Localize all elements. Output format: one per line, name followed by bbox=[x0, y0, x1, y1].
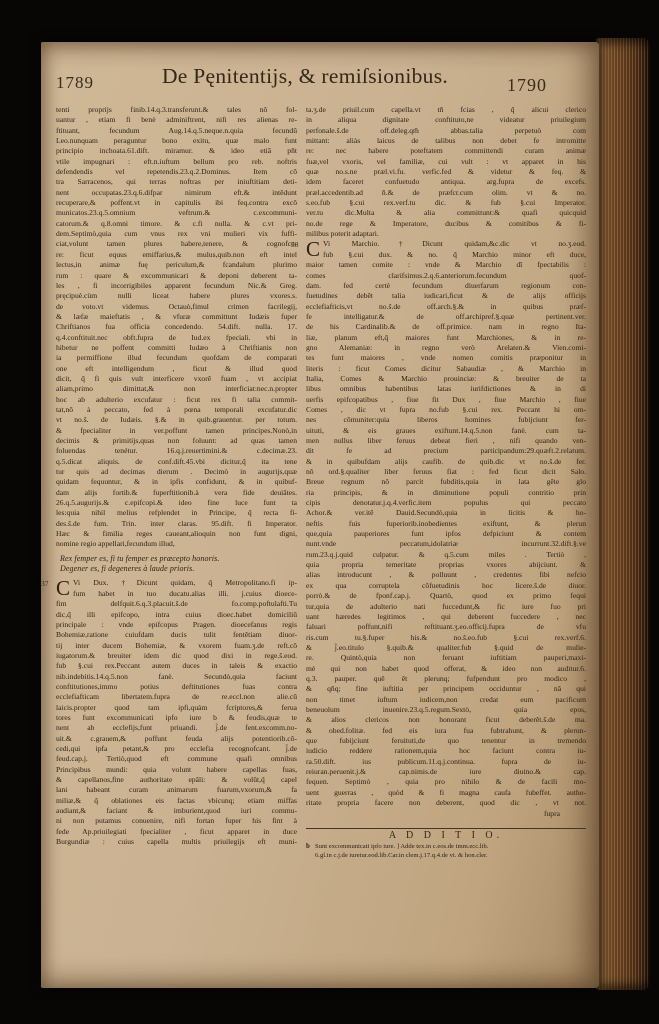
text-line: principale : vnde epifcopus Pragen. dioe… bbox=[56, 620, 297, 630]
text-line: & læfæ maieftatis , & vfuræ committunt I… bbox=[56, 312, 297, 322]
text-line: feud.cap.j. Tertiò,quod eft commune quaf… bbox=[56, 754, 297, 764]
text-line: cipis denotatur.j.q.4.verfic.item populu… bbox=[306, 498, 586, 508]
note-marker-b: b bbox=[306, 843, 310, 852]
text-line: des.s̃.de fum. Trin. inter claras. 95.di… bbox=[56, 519, 297, 529]
text-columns: tenti proprijs finib.14.q.3.transferunt.… bbox=[56, 105, 586, 860]
text-line: faluari poffunt,nifi reftituant.ʒ.eo.off… bbox=[306, 622, 586, 632]
text-line: & fpecialiter in ver.poffunt tamen princ… bbox=[56, 426, 297, 436]
additio-note: b Sunt excommunicati ipfo iure. ] Adde t… bbox=[306, 843, 586, 860]
text-line: ia permiffione illud fecundum quofdam de… bbox=[56, 353, 297, 363]
text-line: no.de rege & Imperatore, ducibus & comit… bbox=[306, 219, 586, 229]
text-line: tij inter ducem Bohemiæ, & vxorem fuam.ʒ… bbox=[56, 641, 297, 651]
text-line: re: ficut equus emiffarius,& mulus,quib.… bbox=[56, 250, 297, 260]
text-line: Hæc & fimilia reges caueant,alioquin non… bbox=[56, 529, 297, 539]
text-line: les:quia nihil melius refplendet in Prin… bbox=[56, 508, 297, 518]
text-line: ria principis, & in diminutione populi c… bbox=[306, 488, 586, 498]
text-line: & qñq; fine iuftitia per principem occid… bbox=[306, 684, 586, 694]
book-fore-edge bbox=[596, 38, 650, 990]
text-line: rum.23.q.j.quid culpatur. & q.5.cum mile… bbox=[306, 550, 586, 560]
text-line: dicit, q̃ fi quis vult interficere vxorẽ… bbox=[56, 374, 297, 384]
text-line: que fubijciunt feruituti,de quo tenentur… bbox=[306, 736, 586, 746]
text-line: mittant: aliàs laicus de talibus non deb… bbox=[306, 136, 586, 146]
text-line: Principibus mundi: quia volunt habere ca… bbox=[56, 765, 297, 775]
drop-cap-c: C bbox=[56, 578, 73, 598]
text-line: pręcipuè.cùm nulli liceat habere plures … bbox=[56, 291, 297, 301]
text-line: audiant,& faciant & imburient,quod iuri … bbox=[56, 806, 297, 816]
text-line: Comes , dic vt fupra no.fub §.cui rex. P… bbox=[306, 405, 586, 415]
margin-number-37: 37 bbox=[41, 579, 49, 589]
text-line: nomine regio appellari,fecundum illud, bbox=[56, 539, 297, 549]
folio-number-right: 1790 bbox=[507, 75, 547, 96]
text-line: Rex femper es, fi tu femper es præcepto … bbox=[60, 554, 297, 564]
text-line: de voto.vt videmus. Octauò,fimul crimen … bbox=[56, 302, 297, 312]
text-line: alias introducunt , & polluunt , credent… bbox=[306, 570, 586, 580]
text-line: tes funt maiores , vnde nomen comitis pr… bbox=[306, 353, 586, 363]
running-title: De Pęnitentijs, & remiſsionibus. bbox=[101, 64, 509, 89]
text-line: fum habet in tuo ducatu.alias illi. j.cu… bbox=[73, 589, 297, 599]
text-line: uant hæredes legitimos , qui deberent fu… bbox=[306, 612, 586, 622]
paragraph-left-2: 37 C Vi Dux. †Dicunt quidam, q̃ Metropol… bbox=[56, 578, 297, 847]
text-line: perfonale.s̃.de off.deleg.qm̃ abbas.tali… bbox=[306, 126, 586, 136]
text-line: rum : quare & excommunicari & deponi deb… bbox=[56, 271, 297, 281]
text-line: q.4.conftituit.nec obft.fupra de Iud.ex … bbox=[56, 333, 297, 343]
text-line: ni non putamus conuenire, nifi fortan fu… bbox=[56, 816, 297, 826]
text-line: lectus,in animæ fuę periculum,& fcandalu… bbox=[56, 260, 297, 270]
text-line: uent guerras , quòd & fi magna caufa fub… bbox=[306, 788, 586, 798]
text-line: fub §.cui rex.Peccant autem duces in tal… bbox=[56, 661, 297, 671]
text-line: hibetur ne poffent committi Iudæo à Chri… bbox=[56, 343, 297, 353]
text-line: les , fi incorrigibiles apparent fecundu… bbox=[56, 281, 297, 291]
paragraph-left-1: tenti proprijs finib.14.q.3.transferunt.… bbox=[56, 105, 297, 550]
text-line: tra Sarracenos, qui terras noftras per i… bbox=[56, 177, 297, 187]
text-line: tenti proprijs finib.14.q.3.transferunt.… bbox=[56, 105, 297, 115]
photo-background: 1789 De Pęnitentijs, & remiſsionibus. 17… bbox=[0, 0, 659, 1024]
note-body: Sunt excommunicati ipfo iure. ] Adde tex… bbox=[315, 843, 586, 860]
text-line: iudicio reddere rationem,quia hoc faciun… bbox=[306, 746, 586, 756]
text-line: dam alijs fortib.& fuperftitionib.à vera… bbox=[56, 488, 297, 498]
text-line: ftituant, fecundum Aug.14.q.5.neque.n.qu… bbox=[56, 126, 297, 136]
text-line: nõ ord.§.qualiter liber feruus fiat : fe… bbox=[306, 467, 586, 477]
text-line: conftitutiones,immo potius deftitutiones… bbox=[56, 682, 297, 692]
text-line: dic,q̃ illi epifcopo, intra cuius dioec.… bbox=[56, 610, 297, 620]
text-line: nent occupatas.23.q.6.difpar nimirum eft… bbox=[56, 188, 297, 198]
text-line: Chriftianos fua officia concedendo. 54.d… bbox=[56, 322, 297, 332]
text-line: ver.tu dic.Multa & alia committunt:& qua… bbox=[306, 208, 586, 218]
text-line: Burgundiæ : cuius capella multis priuile… bbox=[56, 837, 297, 847]
text-line: Bohemiæ,ratione cuiufdam ducis tulit fen… bbox=[56, 630, 297, 640]
margin-number-38: 38 bbox=[291, 240, 299, 250]
text-line: aliam,primo dimittat,& non interficiat:n… bbox=[56, 384, 297, 394]
text-line: fe intelligatur.& de off.archipref.§.quæ… bbox=[306, 312, 586, 322]
text-line: one eft intelligendum , ficut & illud qu… bbox=[56, 364, 297, 374]
text-line: vtile impugnari : eft.n.iuftum bellum pr… bbox=[56, 157, 297, 167]
text-line: fim delfquit.6.q.3.placuit.s̃.de fo.comp… bbox=[56, 599, 297, 609]
text-line: quidam fequuntur, & in ipfis confidunt, … bbox=[56, 477, 297, 487]
section-rule bbox=[306, 828, 586, 829]
text-line: & capellanos,fine authoritate epãli: & v… bbox=[56, 775, 297, 785]
text-line: idem faceret confuetudo antiqua. arg.fup… bbox=[306, 177, 586, 187]
text-line: & obed.folitæ. fed eis iura fua fubtrahu… bbox=[306, 726, 586, 736]
text-line: iugatorum.& breuiter idem dic quod dixi … bbox=[56, 651, 297, 661]
text-line: laicis.propter quod tam ipfi,quàm fcript… bbox=[56, 703, 297, 713]
text-line: ecclefiafticis,vt no.s̃.de off.arch.§.& … bbox=[306, 302, 586, 312]
text-line: fequen. Septimò , quia pro nihilo & de f… bbox=[306, 777, 586, 787]
text-line: ris.cum tu.§.fuper his.& no.s̃.eo.fub §.… bbox=[306, 633, 586, 643]
text-line: dem.Septimò,quia cum vnus rex vni mulier… bbox=[56, 229, 297, 239]
text-line: dam. fed certè fecundum diuerfarum regio… bbox=[306, 281, 586, 291]
text-line: recuperare,& poffent.vt in capitulis ibi… bbox=[56, 198, 297, 208]
text-line: fede Ap.priuilegiati fpecialiter , ficut… bbox=[56, 827, 297, 837]
text-line: & in quibufdam alijs caufib. de quib.dic… bbox=[306, 457, 586, 467]
text-line: quia propria temeritate proprias vxores … bbox=[306, 560, 586, 570]
text-line: ritate propria facere non deberent, quod… bbox=[306, 798, 586, 808]
text-line: literis : ficut Comes dicitur Sabaudiæ ,… bbox=[306, 364, 586, 374]
text-line: nes cõmuniter:quia liberos homines fubij… bbox=[306, 415, 586, 425]
text-line: tur,quia de adulterio nati fuccedunt,& f… bbox=[306, 602, 586, 612]
paragraph-body: Vi Dux. †Dicunt quidam, q̃ Metropolitano… bbox=[56, 578, 297, 847]
text-line: libus omnibus habentibus latas iurifdict… bbox=[306, 384, 586, 394]
text-line: principio inchoata.61.dift. miramur. & i… bbox=[56, 146, 297, 156]
text-line: men nullus liber feruus debeat fieri , n… bbox=[306, 436, 586, 446]
text-line: uerfis epifcopatibus , fiue fit Dux , fi… bbox=[306, 395, 586, 405]
text-line: Vi Marchio.†Dicunt quidam,&c.dic vt no.ʒ… bbox=[323, 239, 586, 249]
text-line: decimis & primitijs,quas non foluunt: ad… bbox=[56, 436, 297, 446]
text-line: q.3. pauper. quẽ ẽt plerunq; fufpendunt … bbox=[306, 674, 586, 684]
text-line: lani habeant curam animarum fuarum,vxoru… bbox=[56, 785, 297, 795]
text-line: ra.50.dift. ius publicum.11.q.j.continua… bbox=[306, 757, 586, 767]
text-line: re. Quintò,quia non feruant iuftitiam pa… bbox=[306, 653, 586, 663]
text-line: Achor.& ver.itẽ Dauid.Secundò,quia in li… bbox=[306, 508, 586, 518]
text-line: Vi Dux. †Dicunt quidam, q̃ Metropolitano… bbox=[73, 578, 297, 588]
text-line: Italia, Comes & Marchio prouinciæ: & bre… bbox=[306, 374, 586, 384]
text-line: beneuolum inuenire.23.q.5.regum.Sextò, q… bbox=[306, 705, 586, 715]
text-line: tores funt excommunicati ipfo iure b & f… bbox=[56, 713, 297, 723]
page-header: 1789 De Pęnitentijs, & remiſsionibus. 17… bbox=[41, 42, 599, 104]
verse-couplet: Rex femper es, fi tu femper es præcepto … bbox=[60, 554, 297, 575]
text-line: 26.q.5.augurijs.& c.epifcopi.& ideo fine… bbox=[56, 498, 297, 508]
text-line: q.5.dicat aliquis. de conf.dift.45.vbi d… bbox=[56, 457, 297, 467]
text-line: comes clarifsimus.2.q.6.anteriorum.fecun… bbox=[306, 271, 586, 281]
text-line: ciat,volunt tamen plures habere,tenere, … bbox=[56, 239, 297, 249]
text-line: fuæ,vel vxoris, vel familiæ, cui vult : … bbox=[306, 157, 586, 167]
catchword: fupra bbox=[306, 809, 586, 819]
text-line: fuetudines debẽt talia iudicari,ficut & … bbox=[306, 291, 586, 301]
text-column-right: ta.ʒ.de priuil.cum capella.vt tñ fcias ,… bbox=[306, 105, 586, 860]
text-line: in aliqua dignitate conftituto,ne videat… bbox=[306, 115, 586, 125]
text-line: catorum.& q.8.omni timore. & c.fi nulla.… bbox=[56, 219, 297, 229]
text-line: dit fe ad precium participandum:29.quæft… bbox=[306, 446, 586, 456]
text-line: municatos.23.q.5.omnium veftrum.& c.exco… bbox=[56, 208, 297, 218]
text-line: que,quia pauperiores funt ipfos defpiciu… bbox=[306, 529, 586, 539]
text-line: uantur , etiam fi benè adminiftrent, nif… bbox=[56, 115, 297, 125]
text-line: mè qui non habet quod offerat, & ideo no… bbox=[306, 664, 586, 674]
text-line: fub §.cui dux. & no. q̃ Marchio minor ef… bbox=[323, 250, 586, 260]
text-line: reiuran.peruenit.j.& cap.nimis.de iure d… bbox=[306, 767, 586, 777]
text-line: ta.ʒ.de priuil.cum capella.vt tñ fcias ,… bbox=[306, 105, 586, 115]
folio-number-left: 1789 bbox=[56, 73, 94, 93]
text-line: foluendas tenétur. 16.q.j.reuertimini.& … bbox=[56, 446, 297, 456]
text-line: nunt.vnde peccatum,idolatriæ incurrunt.3… bbox=[306, 539, 586, 549]
text-line: hoc ab adulterio excufatur : ficut rex f… bbox=[56, 395, 297, 405]
text-line: 6.gl.in c.j.de iureiur.eod.lib.Car.in cl… bbox=[315, 852, 586, 861]
text-line: quæ no.s.ne præl.vi.fu. verfic.fed & vid… bbox=[306, 167, 586, 177]
text-line: uit.& c.grauem,& poffunt feuda alijs pot… bbox=[56, 734, 297, 744]
text-line: s.eo.fub §.cui rex.verf.tu dic. & fub §.… bbox=[306, 198, 586, 208]
paragraph-right-1: ta.ʒ.de priuil.cum capella.vt tñ fcias ,… bbox=[306, 105, 586, 239]
text-line: liæ, planum eft,q̃ maiores funt Marchion… bbox=[306, 333, 586, 343]
text-line: ex qua corruptela cõfuetudinis hoc licer… bbox=[306, 581, 586, 591]
drop-cap-c: C bbox=[306, 239, 323, 259]
text-line: de his Cardinalib.& de off.primice. nam … bbox=[306, 322, 586, 332]
text-line: præl.accedentib.ad ñ.& de præfcr.cum oli… bbox=[306, 188, 586, 198]
text-line: uituti, & eis graues exiftunt.14.q.5.non… bbox=[306, 426, 586, 436]
paragraph-right-2: 38 C Vi Marchio.†Dicunt quidam,&c.dic vt… bbox=[306, 239, 586, 808]
text-line: defendendis vel repetendis.23.q.2.Dominu… bbox=[56, 167, 297, 177]
text-line: gno Alemaniæ: in regno verò Arelaten.& V… bbox=[306, 343, 586, 353]
text-line: tur quis ad decimas dierum . Decimò in a… bbox=[56, 467, 297, 477]
text-line: neftis fuis fuperiorib.inobedientes exif… bbox=[306, 519, 586, 529]
text-column-left: tenti proprijs finib.14.q.3.transferunt.… bbox=[56, 105, 297, 860]
text-line: Sunt excommunicati ipfo iure. ] Adde tex… bbox=[315, 843, 586, 852]
text-line: re: nec habere poteftatem committendi cu… bbox=[306, 146, 586, 156]
text-line: non timet iuftum iudicem,non credat eum … bbox=[306, 695, 586, 705]
text-line: porrò.& de fponf.cap.j. Quartò, quod ex … bbox=[306, 591, 586, 601]
additio-heading: A D D I T I O. bbox=[306, 831, 586, 841]
text-line: ecclefiafticam libertatem.fupra de re.ec… bbox=[56, 692, 297, 702]
text-line: milibus poterit adaptari. bbox=[306, 229, 586, 239]
book-page: 1789 De Pęnitentijs, & remiſsionibus. 17… bbox=[41, 42, 599, 988]
text-line: cedi,qui ipfa petant,& pro ecclefia reco… bbox=[56, 744, 297, 754]
text-line: Leo.nunquam peraguntur bono exitu, quæ m… bbox=[56, 136, 297, 146]
text-line: maior tamen comite : vnde & Marchio dĩ f… bbox=[306, 260, 586, 270]
text-line: & alios clericos non honorant ficut debe… bbox=[306, 715, 586, 725]
text-line: Degener es, fi degeneres à laude prioris… bbox=[60, 564, 297, 574]
text-line: miliæ,& q̃ oblationes eis factas vbicunq… bbox=[56, 796, 297, 806]
paragraph-body: Vi Marchio.†Dicunt quidam,&c.dic vt no.ʒ… bbox=[306, 239, 586, 808]
text-line: & j̃.eo.titulo §.quib.& qualiter.fub §.q… bbox=[306, 643, 586, 653]
text-line: nent ab ecclefijs,funt priuandi. j̃.de f… bbox=[56, 723, 297, 733]
additio-section: A D D I T I O. b Sunt excommunicati ipfo… bbox=[306, 828, 586, 861]
text-line: Breue regnum nõ parcit fubditis,quia in … bbox=[306, 477, 586, 487]
text-line: vt no.s̃. de Iudæis. §.& in quib.grauent… bbox=[56, 415, 297, 425]
text-line: nib.indebitis.14.q.5.non fanè. Secundò,q… bbox=[56, 672, 297, 682]
text-line: tat,nõ à peccato, fed à pœna temporali e… bbox=[56, 405, 297, 415]
